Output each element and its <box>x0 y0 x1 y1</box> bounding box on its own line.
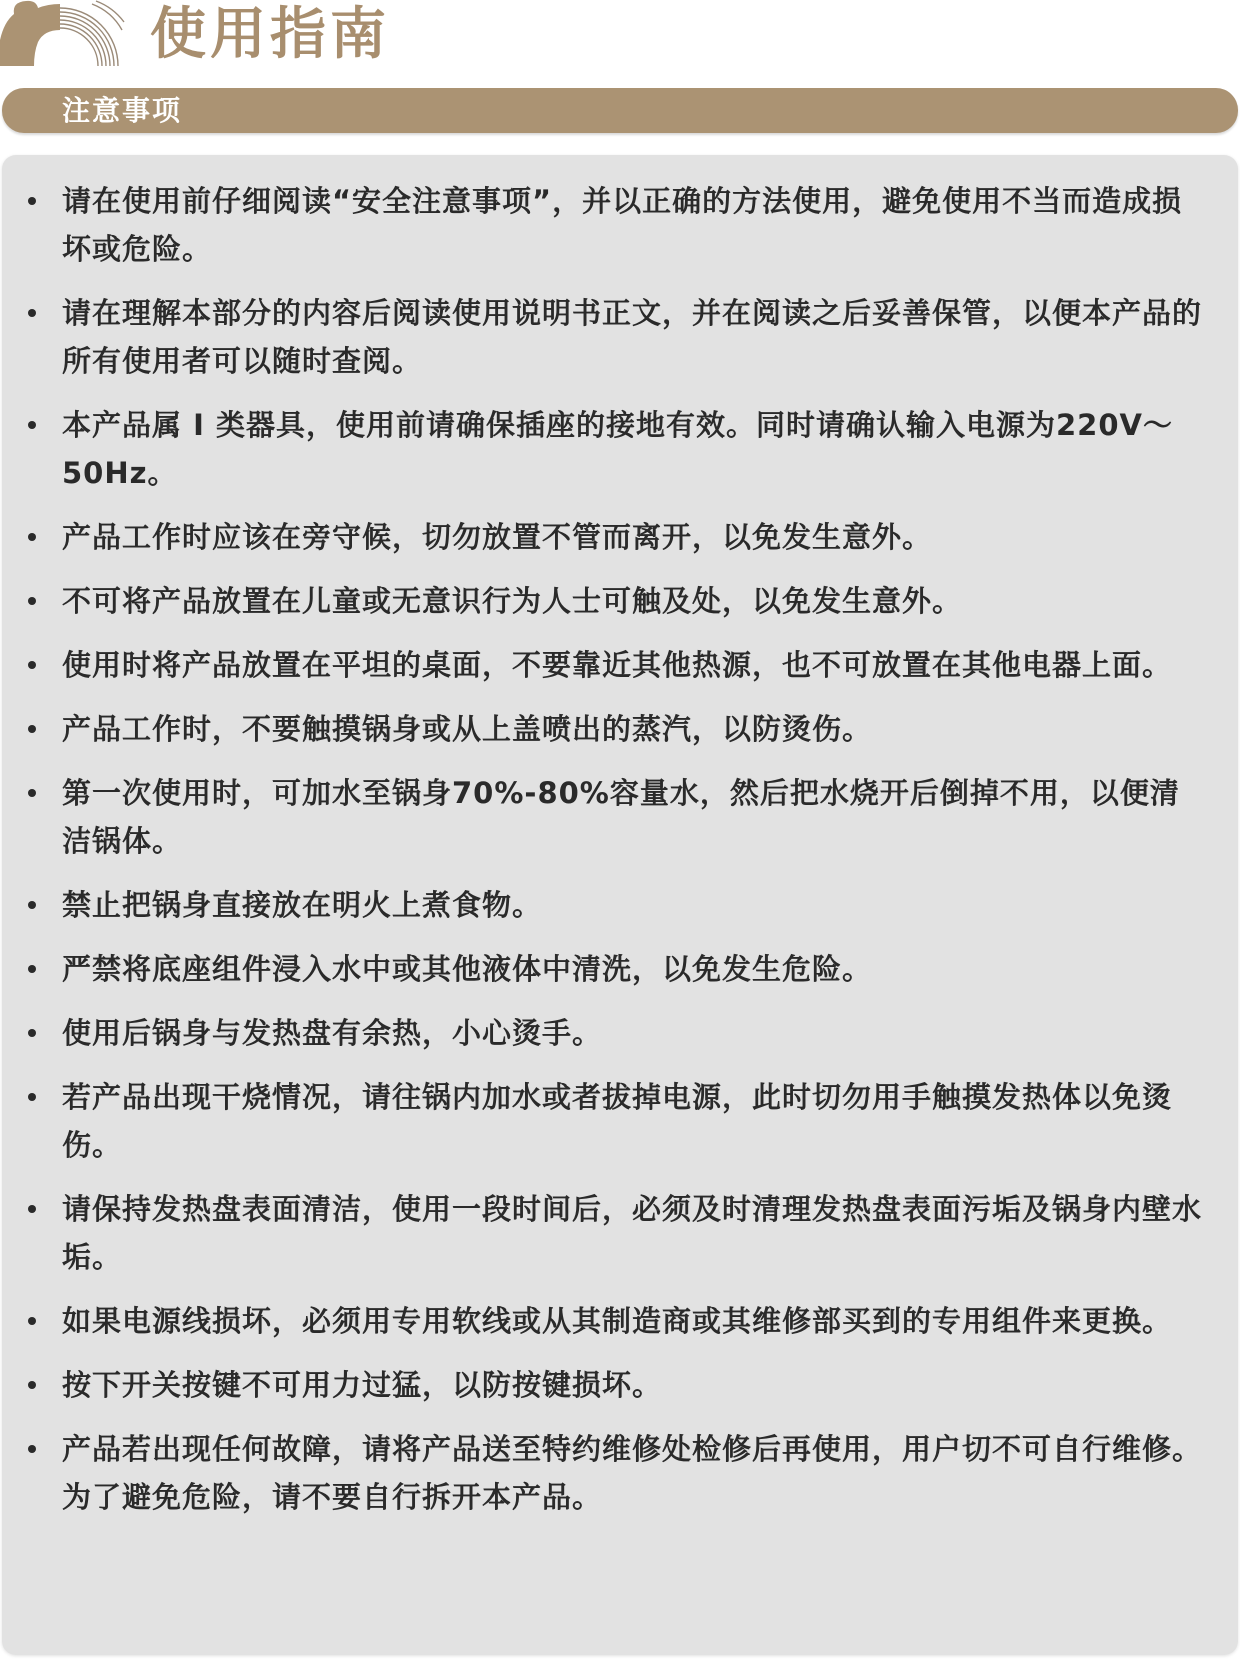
list-item: 请保持发热盘表面清洁，使用一段时间后，必须及时清理发热盘表面污垢及锅身内壁水垢。 <box>2 1185 1208 1281</box>
notice-text: 禁止把锅身直接放在明火上煮食物。 <box>62 888 542 922</box>
list-item: 使用后锅身与发热盘有余热，小心烫手。 <box>2 1009 1208 1057</box>
notice-text: 本产品属 I 类器具，使用前请确保插座的接地有效。同时请确认输入电源为220V～… <box>62 408 1173 490</box>
notice-text: 第一次使用时，可加水至锅身70%-80%容量水，然后把水烧开后倒掉不用，以便清洁… <box>62 776 1180 858</box>
list-item: 使用时将产品放置在平坦的桌面，不要靠近其他热源，也不可放置在其他电器上面。 <box>2 641 1208 689</box>
bullet-icon <box>28 901 36 909</box>
notice-text: 产品工作时应该在旁守候，切勿放置不管而离开，以免发生意外。 <box>62 520 932 554</box>
list-item: 严禁将底座组件浸入水中或其他液体中清洗，以免发生危险。 <box>2 945 1208 993</box>
bullet-icon <box>28 1093 36 1101</box>
notice-text: 严禁将底座组件浸入水中或其他液体中清洗，以免发生危险。 <box>62 952 872 986</box>
list-item: 禁止把锅身直接放在明火上煮食物。 <box>2 881 1208 929</box>
bullet-icon <box>28 197 36 205</box>
list-item: 不可将产品放置在儿童或无意识行为人士可触及处，以免发生意外。 <box>2 577 1208 625</box>
notice-text: 请在理解本部分的内容后阅读使用说明书正文，并在阅读之后妥善保管，以便本产品的所有… <box>62 296 1202 378</box>
notice-text: 使用时将产品放置在平坦的桌面，不要靠近其他热源，也不可放置在其他电器上面。 <box>62 648 1172 682</box>
notice-text: 请保持发热盘表面清洁，使用一段时间后，必须及时清理发热盘表面污垢及锅身内壁水垢。 <box>62 1192 1202 1274</box>
list-item: 按下开关按键不可用力过猛，以防按键损坏。 <box>2 1361 1208 1409</box>
section-title: 注意事项 <box>62 88 182 133</box>
bullet-icon <box>28 1205 36 1213</box>
list-item: 第一次使用时，可加水至锅身70%-80%容量水，然后把水烧开后倒掉不用，以便清洁… <box>2 769 1208 865</box>
bullet-icon <box>28 1029 36 1037</box>
notice-text: 产品工作时，不要触摸锅身或从上盖喷出的蒸汽，以防烫伤。 <box>62 712 872 746</box>
bullet-icon <box>28 533 36 541</box>
list-item: 产品若出现任何故障，请将产品送至特约维修处检修后再使用，用户切不可自行维修。为了… <box>2 1425 1208 1521</box>
page-header: 使用指南 <box>0 0 1240 80</box>
bullet-icon <box>28 1381 36 1389</box>
section-header-bar: 注意事项 <box>2 88 1238 133</box>
list-item: 若产品出现干烧情况，请往锅内加水或者拔掉电源，此时切勿用手触摸发热体以免烫伤。 <box>2 1073 1208 1169</box>
bullet-icon <box>28 789 36 797</box>
brand-logo-icon <box>0 0 125 66</box>
bullet-icon <box>28 421 36 429</box>
notice-text: 使用后锅身与发热盘有余热，小心烫手。 <box>62 1016 602 1050</box>
notice-text: 按下开关按键不可用力过猛，以防按键损坏。 <box>62 1368 662 1402</box>
notice-text: 若产品出现干烧情况，请往锅内加水或者拔掉电源，此时切勿用手触摸发热体以免烫伤。 <box>62 1080 1172 1162</box>
list-item: 请在理解本部分的内容后阅读使用说明书正文，并在阅读之后妥善保管，以便本产品的所有… <box>2 289 1208 385</box>
list-item: 本产品属 I 类器具，使用前请确保插座的接地有效。同时请确认输入电源为220V～… <box>2 401 1208 497</box>
bullet-icon <box>28 661 36 669</box>
bullet-icon <box>28 309 36 317</box>
notice-text: 产品若出现任何故障，请将产品送至特约维修处检修后再使用，用户切不可自行维修。为了… <box>62 1432 1202 1514</box>
notices-panel: 请在使用前仔细阅读“安全注意事项”，并以正确的方法使用，避免使用不当而造成损坏或… <box>2 155 1238 1655</box>
list-item: 请在使用前仔细阅读“安全注意事项”，并以正确的方法使用，避免使用不当而造成损坏或… <box>2 177 1208 273</box>
bullet-icon <box>28 725 36 733</box>
notice-text: 如果电源线损坏，必须用专用软线或从其制造商或其维修部买到的专用组件来更换。 <box>62 1304 1172 1338</box>
bullet-icon <box>28 1445 36 1453</box>
list-item: 产品工作时，不要触摸锅身或从上盖喷出的蒸汽，以防烫伤。 <box>2 705 1208 753</box>
bullet-icon <box>28 965 36 973</box>
page-title: 使用指南 <box>150 2 390 68</box>
bullet-icon <box>28 597 36 605</box>
notice-text: 请在使用前仔细阅读“安全注意事项”，并以正确的方法使用，避免使用不当而造成损坏或… <box>62 184 1182 266</box>
list-item: 如果电源线损坏，必须用专用软线或从其制造商或其维修部买到的专用组件来更换。 <box>2 1297 1208 1345</box>
notice-list: 请在使用前仔细阅读“安全注意事项”，并以正确的方法使用，避免使用不当而造成损坏或… <box>2 155 1238 1521</box>
bullet-icon <box>28 1317 36 1325</box>
notice-text: 不可将产品放置在儿童或无意识行为人士可触及处，以免发生意外。 <box>62 584 962 618</box>
list-item: 产品工作时应该在旁守候，切勿放置不管而离开，以免发生意外。 <box>2 513 1208 561</box>
